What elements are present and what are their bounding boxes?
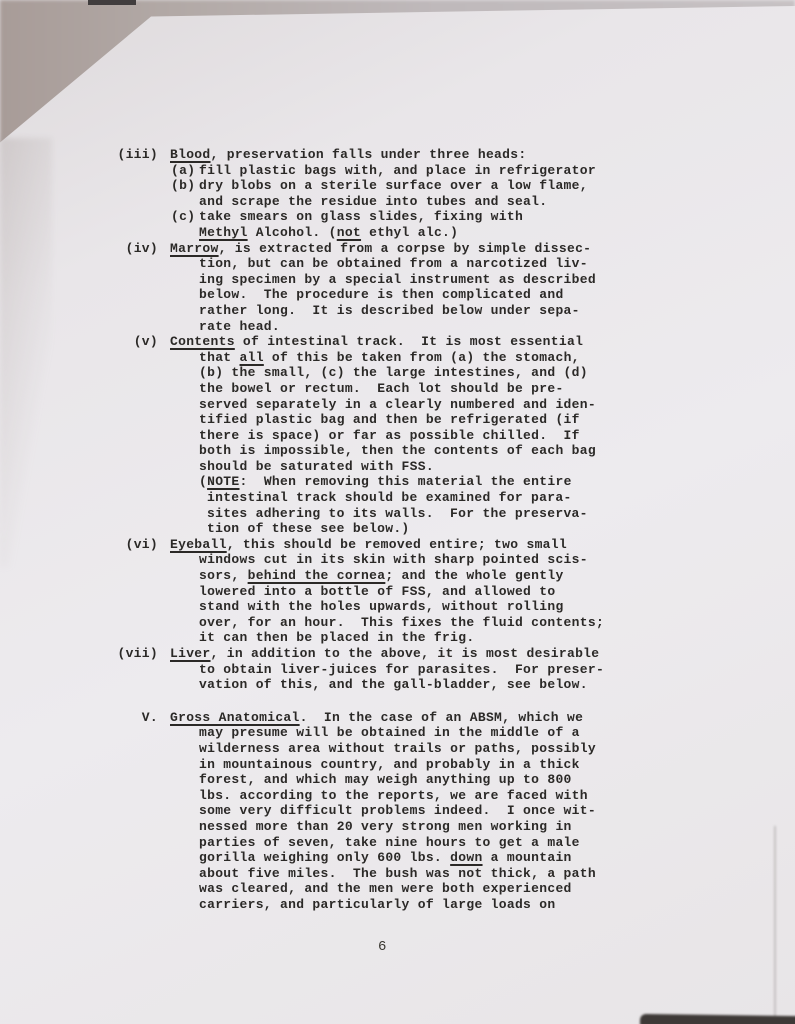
text-line: that all of this be taken from (a) the s… xyxy=(199,350,765,366)
text-line: take smears on glass slides, fixing with xyxy=(199,209,765,225)
text-line: Eyeball, this should be removed entire; … xyxy=(170,537,765,553)
item-iii-b: (b)dry blobs on a sterile surface over a… xyxy=(100,178,765,209)
text-line: and scrape the residue into tubes and se… xyxy=(199,194,765,210)
text-line: Marrow, is extracted from a corpse by si… xyxy=(170,241,765,257)
text-line: to obtain liver-juices for parasites. Fo… xyxy=(199,662,765,678)
text-line: stand with the holes upwards, without ro… xyxy=(199,599,765,615)
text-line: dry blobs on a sterile surface over a lo… xyxy=(199,178,765,194)
page-crease xyxy=(774,826,776,1018)
text-line: served separately in a clearly numbered … xyxy=(199,397,765,413)
scanner-bed-corner xyxy=(0,0,795,150)
text-line: parties of seven, take nine hours to get… xyxy=(199,835,765,851)
text-line: in mountainous country, and probably in … xyxy=(199,757,765,773)
page-edge-shadow xyxy=(0,138,52,568)
text-line: over, for an hour. This fixes the fluid … xyxy=(199,615,765,631)
text-line: some very difficult problems indeed. I o… xyxy=(199,803,765,819)
item-iii-c-label: (c) xyxy=(171,209,229,225)
item-iii-b-label: (b) xyxy=(171,178,229,194)
text-line: should be saturated with FSS. xyxy=(199,459,765,475)
item-v-label: (v) xyxy=(100,334,158,350)
text-line: wilderness area without trails or paths,… xyxy=(199,741,765,757)
text-line: tified plastic bag and then be refrigera… xyxy=(199,412,765,428)
text-line: Liver, in addition to the above, it is m… xyxy=(170,646,765,662)
text-line: windows cut in its skin with sharp point… xyxy=(199,552,765,568)
item-iv: (iv)Marrow, is extracted from a corpse b… xyxy=(100,241,765,335)
text-line: Methyl Alcohol. (not ethyl alc.) xyxy=(199,225,765,241)
text-line: vation of this, and the gall-bladder, se… xyxy=(199,677,765,693)
text-line: tion, but can be obtained from a narcoti… xyxy=(199,256,765,272)
text-line: sors, behind the cornea; and the whole g… xyxy=(199,568,765,584)
text-line: rather long. It is described below under… xyxy=(199,303,765,319)
text-line: Blood, preservation falls under three he… xyxy=(170,147,765,163)
item-vii-label: (vii) xyxy=(100,646,158,662)
document-body: (iii)Blood, preservation falls under thr… xyxy=(100,147,765,913)
item-vii: (vii)Liver, in addition to the above, it… xyxy=(100,646,765,693)
section-v: V.Gross Anatomical. In the case of an AB… xyxy=(100,710,765,913)
text-line: lbs. according to the reports, we are fa… xyxy=(199,788,765,804)
item-vi-label: (vi) xyxy=(100,537,158,553)
text-line: sites adhering to its walls. For the pre… xyxy=(207,506,765,522)
section-v-label: V. xyxy=(100,710,158,726)
item-iii-label: (iii) xyxy=(100,147,158,163)
text-line: about five miles. The bush was not thick… xyxy=(199,866,765,882)
item-iii: (iii)Blood, preservation falls under thr… xyxy=(100,147,765,163)
item-iv-label: (iv) xyxy=(100,241,158,257)
text-line: below. The procedure is then complicated… xyxy=(199,287,765,303)
text-line: gorilla weighing only 600 lbs. down a mo… xyxy=(199,850,765,866)
text-line: ing specimen by a special instrument as … xyxy=(199,272,765,288)
scan-artifact-strip xyxy=(88,0,136,5)
item-iii-c: (c)take smears on glass slides, fixing w… xyxy=(100,209,765,240)
item-iii-a: (a)fill plastic bags with, and place in … xyxy=(100,163,765,179)
text-line: there is space) or far as possible chill… xyxy=(199,428,765,444)
item-vi: (vi)Eyeball, this should be removed enti… xyxy=(100,537,765,646)
text-line: forest, and which may weigh anything up … xyxy=(199,772,765,788)
scan-bottom-edge xyxy=(640,1014,795,1024)
text-line: fill plastic bags with, and place in ref… xyxy=(199,163,765,179)
text-line: may presume will be obtained in the midd… xyxy=(199,725,765,741)
text-line: lowered into a bottle of FSS, and allowe… xyxy=(199,584,765,600)
item-iii-a-label: (a) xyxy=(171,163,229,179)
text-line: tion of these see below.) xyxy=(207,521,765,537)
text-line: Contents of intestinal track. It is most… xyxy=(170,334,765,350)
text-line: both is impossible, then the contents of… xyxy=(199,443,765,459)
text-line: nessed more than 20 very strong men work… xyxy=(199,819,765,835)
item-v-note: (NOTE: When removing this material the e… xyxy=(100,474,765,536)
text-line: (NOTE: When removing this material the e… xyxy=(199,474,765,490)
text-line: (b) the small, (c) the large intestines,… xyxy=(199,365,765,381)
text-line: intestinal track should be examined for … xyxy=(207,490,765,506)
text-line: was cleared, and the men were both exper… xyxy=(199,881,765,897)
page-number: 6 xyxy=(378,939,386,955)
text-line: the bowel or rectum. Each lot should be … xyxy=(199,381,765,397)
item-v: (v)Contents of intestinal track. It is m… xyxy=(100,334,765,474)
text-line: rate head. xyxy=(199,319,765,335)
text-line: carriers, and particularly of large load… xyxy=(199,897,765,913)
text-line: Gross Anatomical. In the case of an ABSM… xyxy=(170,710,765,726)
text-line: it can then be placed in the frig. xyxy=(199,630,765,646)
